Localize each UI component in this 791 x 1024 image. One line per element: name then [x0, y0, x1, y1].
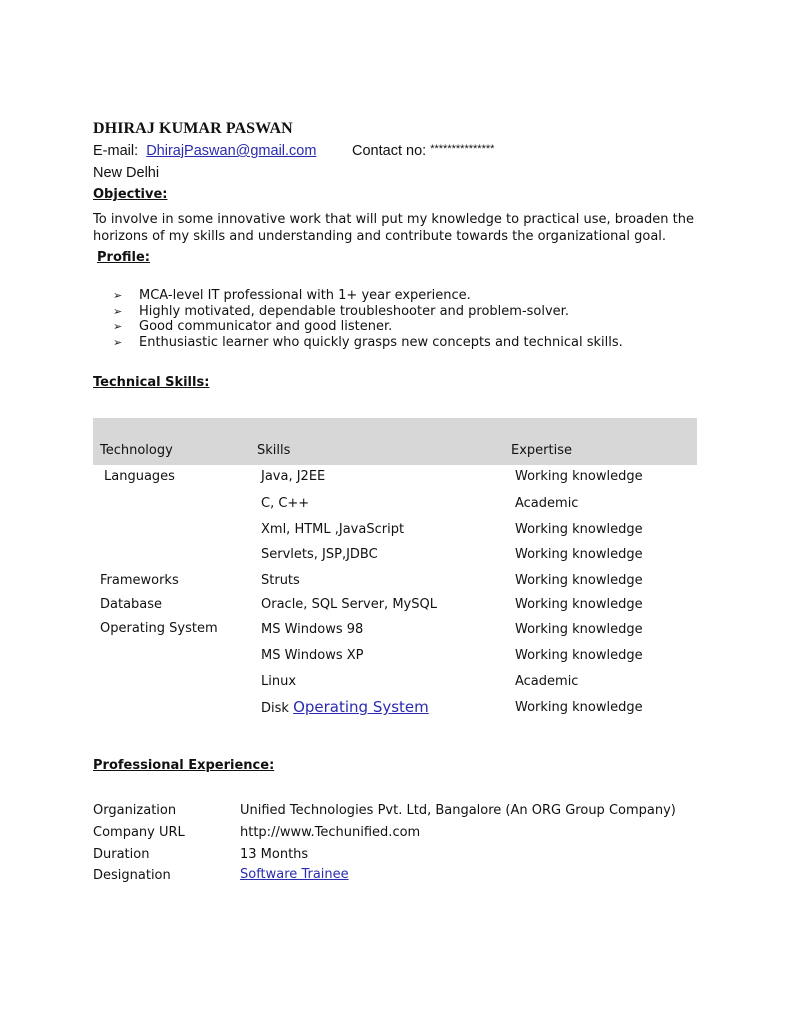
expertise-cell: Academic — [515, 496, 578, 511]
skills-cell: MS Windows 98 — [261, 622, 363, 637]
profile-list: ➢ MCA-level IT professional with 1+ year… — [113, 288, 623, 351]
technology-cell: Database — [100, 597, 162, 612]
technical-skills-heading: Technical Skills: — [93, 375, 209, 390]
experience-label: Duration — [93, 847, 149, 862]
list-item: ➢ Enthusiastic learner who quickly grasp… — [113, 335, 623, 351]
skills-cell: Linux — [261, 674, 296, 689]
email-line: E-mail: DhirajPaswan@gmail.com — [93, 143, 316, 159]
city: New Delhi — [93, 165, 159, 181]
email-label: E-mail: — [93, 143, 138, 159]
contact-value: *************** — [430, 143, 494, 155]
designation-link[interactable]: Software Trainee — [240, 867, 349, 882]
expertise-cell: Working knowledge — [515, 622, 643, 637]
skills-table-header — [93, 418, 697, 465]
list-item: ➢ Good communicator and good listener. — [113, 319, 623, 335]
objective-text: To involve in some innovative work that … — [93, 211, 713, 245]
list-item: ➢ Highly motivated, dependable troublesh… — [113, 304, 623, 320]
column-header-technology: Technology — [100, 443, 173, 458]
column-header-skills: Skills — [257, 443, 290, 458]
expertise-cell: Working knowledge — [515, 547, 643, 562]
profile-item-text: MCA-level IT professional with 1+ year e… — [139, 288, 471, 304]
skills-cell: MS Windows XP — [261, 648, 364, 663]
skills-cell: Xml, HTML ,JavaScript — [261, 522, 404, 537]
skills-cell: Disk Operating System — [261, 698, 429, 716]
expertise-cell: Working knowledge — [515, 522, 643, 537]
profile-item-text: Good communicator and good listener. — [139, 319, 392, 335]
experience-value: 13 Months — [240, 847, 308, 862]
operating-system-link[interactable]: Operating System — [293, 698, 429, 716]
expertise-cell: Working knowledge — [515, 469, 643, 484]
skills-cell: Servlets, JSP,JDBC — [261, 547, 378, 562]
expertise-cell: Working knowledge — [515, 648, 643, 663]
arrow-bullet-icon: ➢ — [113, 335, 139, 351]
experience-label: Designation — [93, 868, 171, 883]
profile-item-text: Enthusiastic learner who quickly grasps … — [139, 335, 623, 351]
experience-value: Unified Technologies Pvt. Ltd, Bangalore… — [240, 803, 676, 818]
candidate-name: DHIRAJ KUMAR PASWAN — [93, 120, 293, 138]
skills-cell: Oracle, SQL Server, MySQL — [261, 597, 437, 612]
expertise-cell: Working knowledge — [515, 700, 643, 715]
professional-experience-heading: Professional Experience: — [93, 758, 274, 773]
arrow-bullet-icon: ➢ — [113, 304, 139, 320]
arrow-bullet-icon: ➢ — [113, 319, 139, 335]
expertise-cell: Working knowledge — [515, 573, 643, 588]
skills-prefix: Disk — [261, 701, 293, 716]
contact-label: Contact no: — [352, 143, 426, 159]
technology-cell: Operating System — [100, 621, 218, 636]
expertise-cell: Working knowledge — [515, 597, 643, 612]
column-header-expertise: Expertise — [511, 443, 572, 458]
skills-cell: Struts — [261, 573, 300, 588]
profile-heading: Profile: — [97, 250, 150, 265]
skills-cell: Java, J2EE — [261, 469, 325, 484]
skills-cell: C, C++ — [261, 496, 309, 511]
experience-value: http://www.Techunified.com — [240, 825, 420, 840]
objective-heading: Objective: — [93, 187, 168, 202]
contact-line: Contact no: *************** — [352, 143, 494, 159]
arrow-bullet-icon: ➢ — [113, 288, 139, 304]
technology-cell: Languages — [104, 469, 175, 484]
email-link[interactable]: DhirajPaswan@gmail.com — [146, 143, 316, 159]
profile-item-text: Highly motivated, dependable troubleshoo… — [139, 304, 569, 320]
technology-cell: Frameworks — [100, 573, 179, 588]
experience-label: Company URL — [93, 825, 185, 840]
list-item: ➢ MCA-level IT professional with 1+ year… — [113, 288, 623, 304]
expertise-cell: Academic — [515, 674, 578, 689]
experience-label: Organization — [93, 803, 176, 818]
